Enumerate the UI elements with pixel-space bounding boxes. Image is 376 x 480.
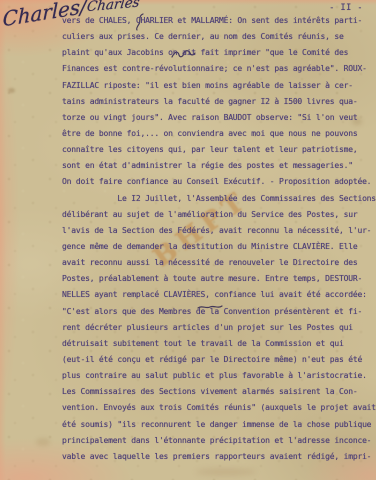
typed-line: vention. Envoyés aux trois Comités réuni…	[62, 400, 372, 416]
typed-line: tains administrateurs la faculté de gagn…	[62, 94, 372, 110]
typed-line: (eut-il été conçu et rédigé par le Direc…	[62, 352, 372, 368]
typed-line: connaître les citoyens qui, par leur tal…	[62, 142, 372, 158]
typed-line: Les Commissaires des Sections vivement a…	[62, 384, 372, 400]
typed-line: plaint qu'aux Jacobins on ait fait impri…	[62, 45, 372, 61]
typed-line: délibérant au sujet de l'amélioration du…	[62, 207, 372, 223]
typed-line: l'avis de la Section des Fédérés, avait …	[62, 223, 372, 239]
typed-line: On doit faire confiance au Conseil Exécu…	[62, 174, 372, 190]
typed-line: été soumis) "ils reconnurent le danger i…	[62, 417, 372, 433]
scanned-page: BHPT - II - Charles/ Charles vers de CHA…	[0, 0, 376, 480]
typed-line: NELLES ayant remplacé CLAVIÈRES, confian…	[62, 287, 372, 303]
typed-line: FAZILLAC riposte: "il est bien moins agr…	[62, 78, 372, 94]
typed-line: détruisait subitement tout le travail de…	[62, 336, 372, 352]
typed-line: "C'est alors que des Membres de la Conve…	[62, 304, 372, 320]
paper-stain	[8, 88, 15, 93]
typed-line: vable avec laquelle les premiers rapport…	[62, 449, 372, 465]
typed-line: être de bonne foi,... on conviendra avec…	[62, 126, 372, 142]
paper-stain	[36, 438, 50, 446]
typed-line: gence même de demander la destitution du…	[62, 239, 372, 255]
typed-line: avait reconnu aussi la nécessité de reno…	[62, 255, 372, 271]
typed-line: Postes, préalablement à toute autre mesu…	[62, 271, 372, 287]
typed-line: Le I2 Juillet, l'Assemblée des Commissai…	[62, 191, 372, 207]
typed-line: sont en état d'administrer la régie des …	[62, 158, 372, 174]
page-number: - II -	[329, 3, 363, 13]
typed-line: culiers aux prises. Ce dernier, au nom d…	[62, 29, 372, 45]
typed-line: Finances est contre-révolutionnaire; ce …	[62, 61, 372, 77]
typed-line: torze ou vingt jours". Avec raison BAUDO…	[62, 110, 372, 126]
typed-line: rent décréter plusieurs articles d'un pr…	[62, 320, 372, 336]
typed-line: vers de CHALES, CHARLIER et MALLARMÉ: On…	[62, 13, 372, 29]
typed-text-block: vers de CHALES, CHARLIER et MALLARMÉ: On…	[62, 13, 372, 465]
typed-line: plus contraire au salut public et plus f…	[62, 368, 372, 384]
typed-line: principalement dans l'étonnante précipit…	[62, 433, 372, 449]
paper-stain	[196, 468, 256, 476]
